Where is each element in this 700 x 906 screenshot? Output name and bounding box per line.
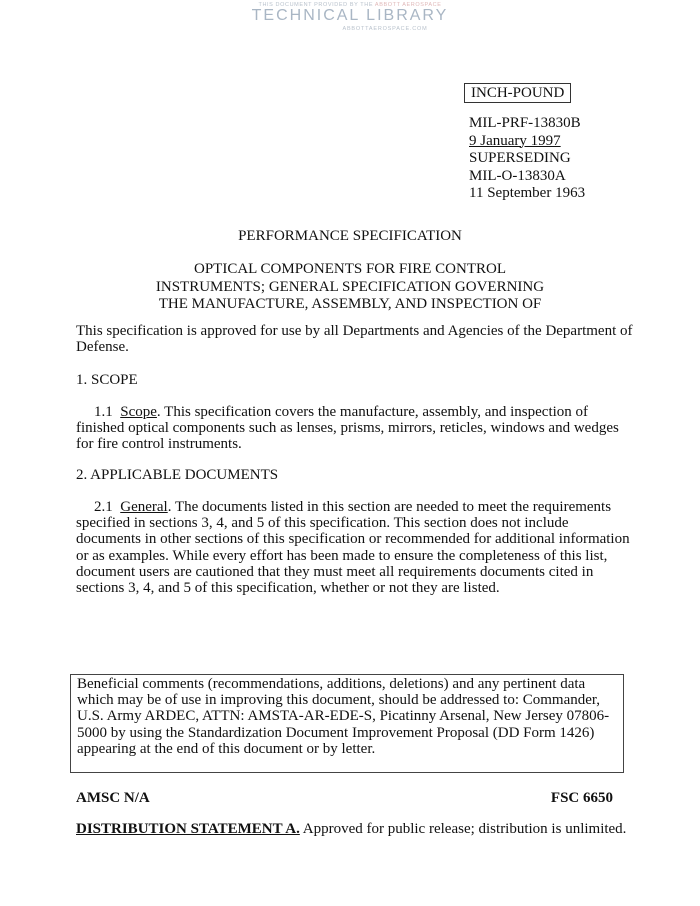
superseding-label: SUPERSEDING — [469, 150, 585, 168]
superseded-number: MIL-O-13830A — [469, 168, 585, 186]
watermark-url: ABBOTTAEROSPACE.COM — [300, 26, 470, 32]
paragraph-number: 2.1 — [76, 499, 113, 515]
beneficial-comments-box: Beneficial comments (recommendations, ad… — [70, 674, 624, 773]
paragraph-text: . This specification covers the manufact… — [76, 404, 619, 452]
document-title: OPTICAL COMPONENTS FOR FIRE CONTROL INST… — [0, 261, 700, 314]
paragraph-1-1: 1.1 Scope. This specification covers the… — [76, 404, 636, 453]
paragraph-2-1: 2.1 General. The documents listed in thi… — [76, 499, 636, 596]
inch-pound-label: INCH-POUND — [464, 83, 571, 103]
approval-statement: This specification is approved for use b… — [76, 323, 636, 355]
title-line: OPTICAL COMPONENTS FOR FIRE CONTROL — [0, 261, 700, 279]
doc-number: MIL-PRF-13830B — [469, 115, 585, 133]
title-line: INSTRUMENTS; GENERAL SPECIFICATION GOVER… — [0, 279, 700, 297]
paragraph-title: General — [120, 499, 167, 515]
paragraph-title: Scope — [120, 404, 157, 420]
distribution-label: DISTRIBUTION STATEMENT A. — [76, 821, 300, 837]
fsc-code: FSC 6650 — [540, 790, 613, 807]
spec-type: PERFORMANCE SPECIFICATION — [0, 228, 700, 246]
watermark-title: TECHNICAL LIBRARY — [230, 7, 470, 25]
amsc-code: AMSC N/A — [76, 790, 150, 807]
paragraph-number: 1.1 — [76, 404, 113, 420]
title-line: THE MANUFACTURE, ASSEMBLY, AND INSPECTIO… — [0, 296, 700, 314]
watermark: THIS DOCUMENT PROVIDED BY THE ABBOTT AER… — [230, 0, 470, 36]
superseded-date: 11 September 1963 — [469, 185, 585, 203]
section-heading-scope: 1. SCOPE — [76, 372, 636, 388]
section-heading-applicable-documents: 2. APPLICABLE DOCUMENTS — [76, 467, 636, 483]
distribution-statement: DISTRIBUTION STATEMENT A. Approved for p… — [76, 821, 636, 837]
doc-date: 9 January 1997 — [469, 133, 561, 149]
document-identifiers: MIL-PRF-13830B 9 January 1997 SUPERSEDIN… — [469, 115, 585, 203]
distribution-text: Approved for public release; distributio… — [300, 821, 627, 837]
